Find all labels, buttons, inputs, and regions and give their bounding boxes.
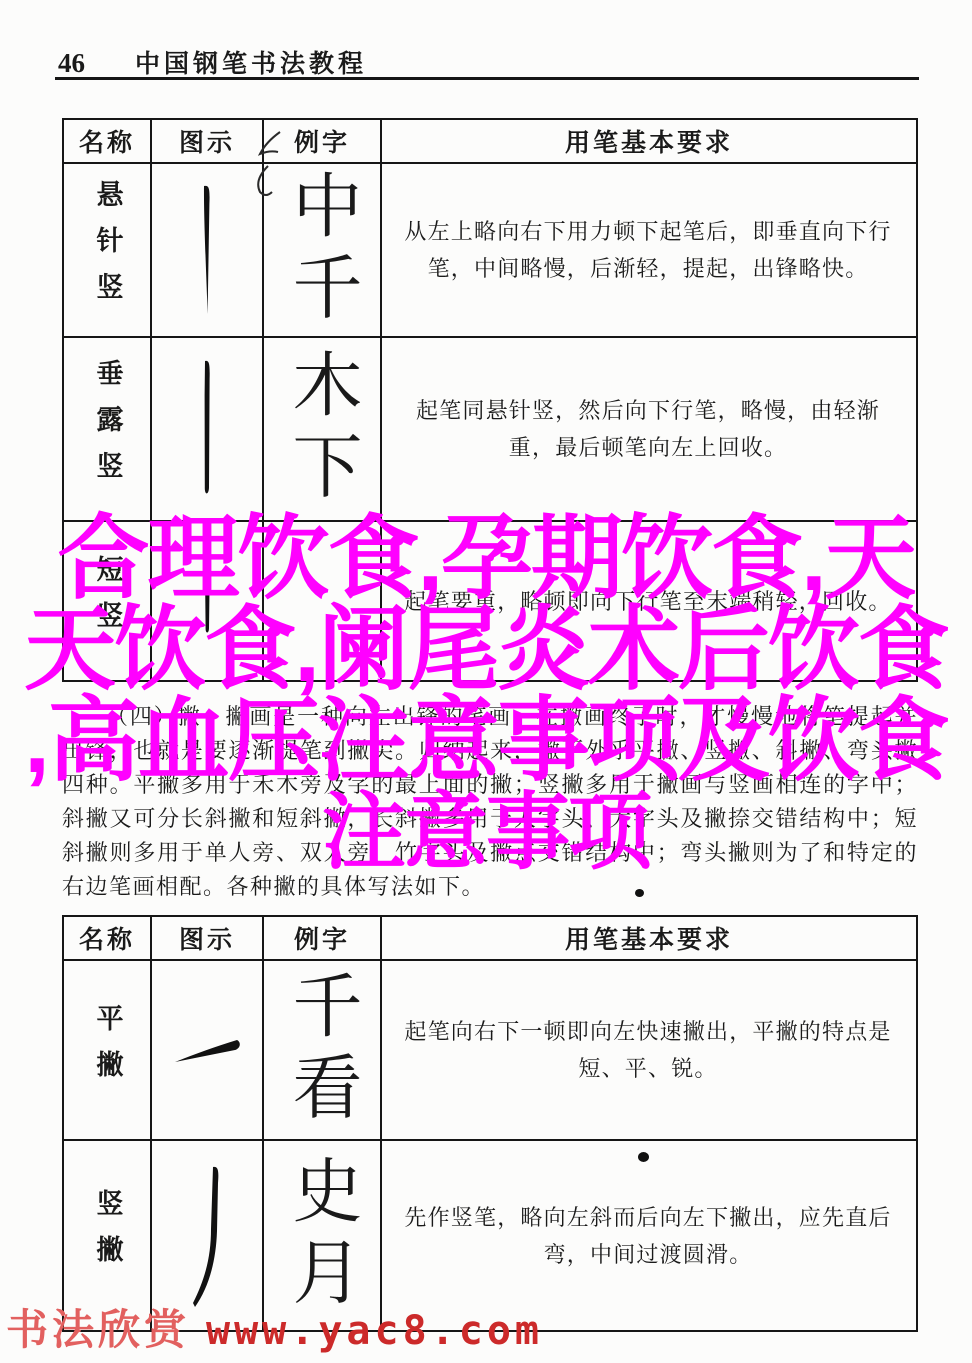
table-header-row: 名称 图示 例字 用笔基本要求 — [63, 916, 917, 960]
table-row: 悬针竖 中千 从左上略向右下用力顿下起笔后，即垂直向下行笔，中间略慢，后渐轻，提… — [63, 163, 917, 337]
page-number: 46 — [58, 48, 85, 79]
watermark: 书法欣赏 www.yac8.com — [6, 1297, 543, 1357]
scanned-book-page: 46 中国钢笔书法教程 名称 图示 例字 用笔基本要求 悬针竖 中千 从左上略向… — [0, 0, 972, 1363]
column-header-illustration: 图示 — [151, 916, 263, 960]
example-characters: 千看 — [287, 969, 357, 1131]
example-characters: 木下 — [287, 348, 357, 510]
stroke-name: 竖撇 — [94, 1189, 121, 1282]
column-header-requirements: 用笔基本要求 — [381, 119, 917, 163]
stroke-table-left-falling: 名称 图示 例字 用笔基本要求 平撇 千看 起笔向右下一顿即向左快速撇出，平撇的… — [62, 915, 918, 1332]
stroke-requirements: 从左上略向右下用力顿下起笔后，即垂直向下行笔，中间略慢，后渐轻，提起，出锋略快。 — [381, 163, 917, 337]
column-header-name: 名称 — [63, 916, 151, 960]
dew-drop-vertical-stroke-icon — [196, 355, 218, 503]
table-row: 短竖 起笔要重，略顿即向下行笔至末端稍轻，回收。 — [63, 521, 917, 681]
column-header-requirements: 用笔基本要求 — [381, 916, 917, 960]
watermark-site-name: 书法欣赏 — [6, 1297, 190, 1357]
stroke-requirements: 起笔要重，略顿即向下行笔至末端稍轻，回收。 — [381, 521, 917, 681]
header-rule — [55, 77, 919, 80]
column-header-name: 名称 — [63, 119, 151, 163]
watermark-url: www.yac8.com — [206, 1308, 543, 1354]
table-header-row: 名称 图示 例字 用笔基本要求 — [63, 119, 917, 163]
table-row: 平撇 千看 起笔向右下一顿即向左快速撇出，平撇的特点是短、平、锐。 — [63, 960, 917, 1140]
stroke-requirements: 起笔同悬针竖，然后向下行笔，略慢，由轻渐重，最后顿笔向左上回收。 — [381, 337, 917, 521]
stroke-name: 垂露竖 — [94, 359, 121, 498]
vertical-left-falling-stroke-icon — [187, 1161, 227, 1311]
stroke-requirements: 起笔向右下一顿即向左快速撇出，平撇的特点是短、平、锐。 — [381, 960, 917, 1140]
hanging-needle-vertical-stroke-icon — [196, 180, 218, 320]
stroke-name: 短竖 — [94, 555, 121, 648]
short-vertical-stroke-icon — [197, 566, 217, 636]
stroke-table-vertical: 名称 图示 例字 用笔基本要求 悬针竖 中千 从左上略向右下用力顿下起笔后，即垂… — [62, 118, 918, 682]
section-paragraph: （四）撇 撇画是一种向左出锋的笔画，在撇画终了时，才慢慢地将笔提起并出锋，也就是… — [62, 700, 918, 904]
flat-left-falling-stroke-icon — [169, 1032, 245, 1068]
table-row: 垂露竖 木下 起笔同悬针竖，然后向下行笔，略慢，由轻渐重，最后顿笔向左上回收。 — [63, 337, 917, 521]
column-header-example: 例字 — [263, 916, 381, 960]
example-characters: 史月 — [287, 1154, 357, 1316]
book-title: 中国钢笔书法教程 — [135, 44, 367, 80]
stroke-name: 悬针竖 — [94, 180, 121, 319]
running-head: 46 中国钢笔书法教程 — [58, 44, 367, 80]
pen-scribble-mark — [246, 128, 294, 206]
ink-speck — [638, 1152, 649, 1162]
example-characters: 中千 — [287, 169, 357, 331]
stroke-name: 平撇 — [94, 1004, 121, 1097]
ink-speck — [635, 889, 644, 897]
